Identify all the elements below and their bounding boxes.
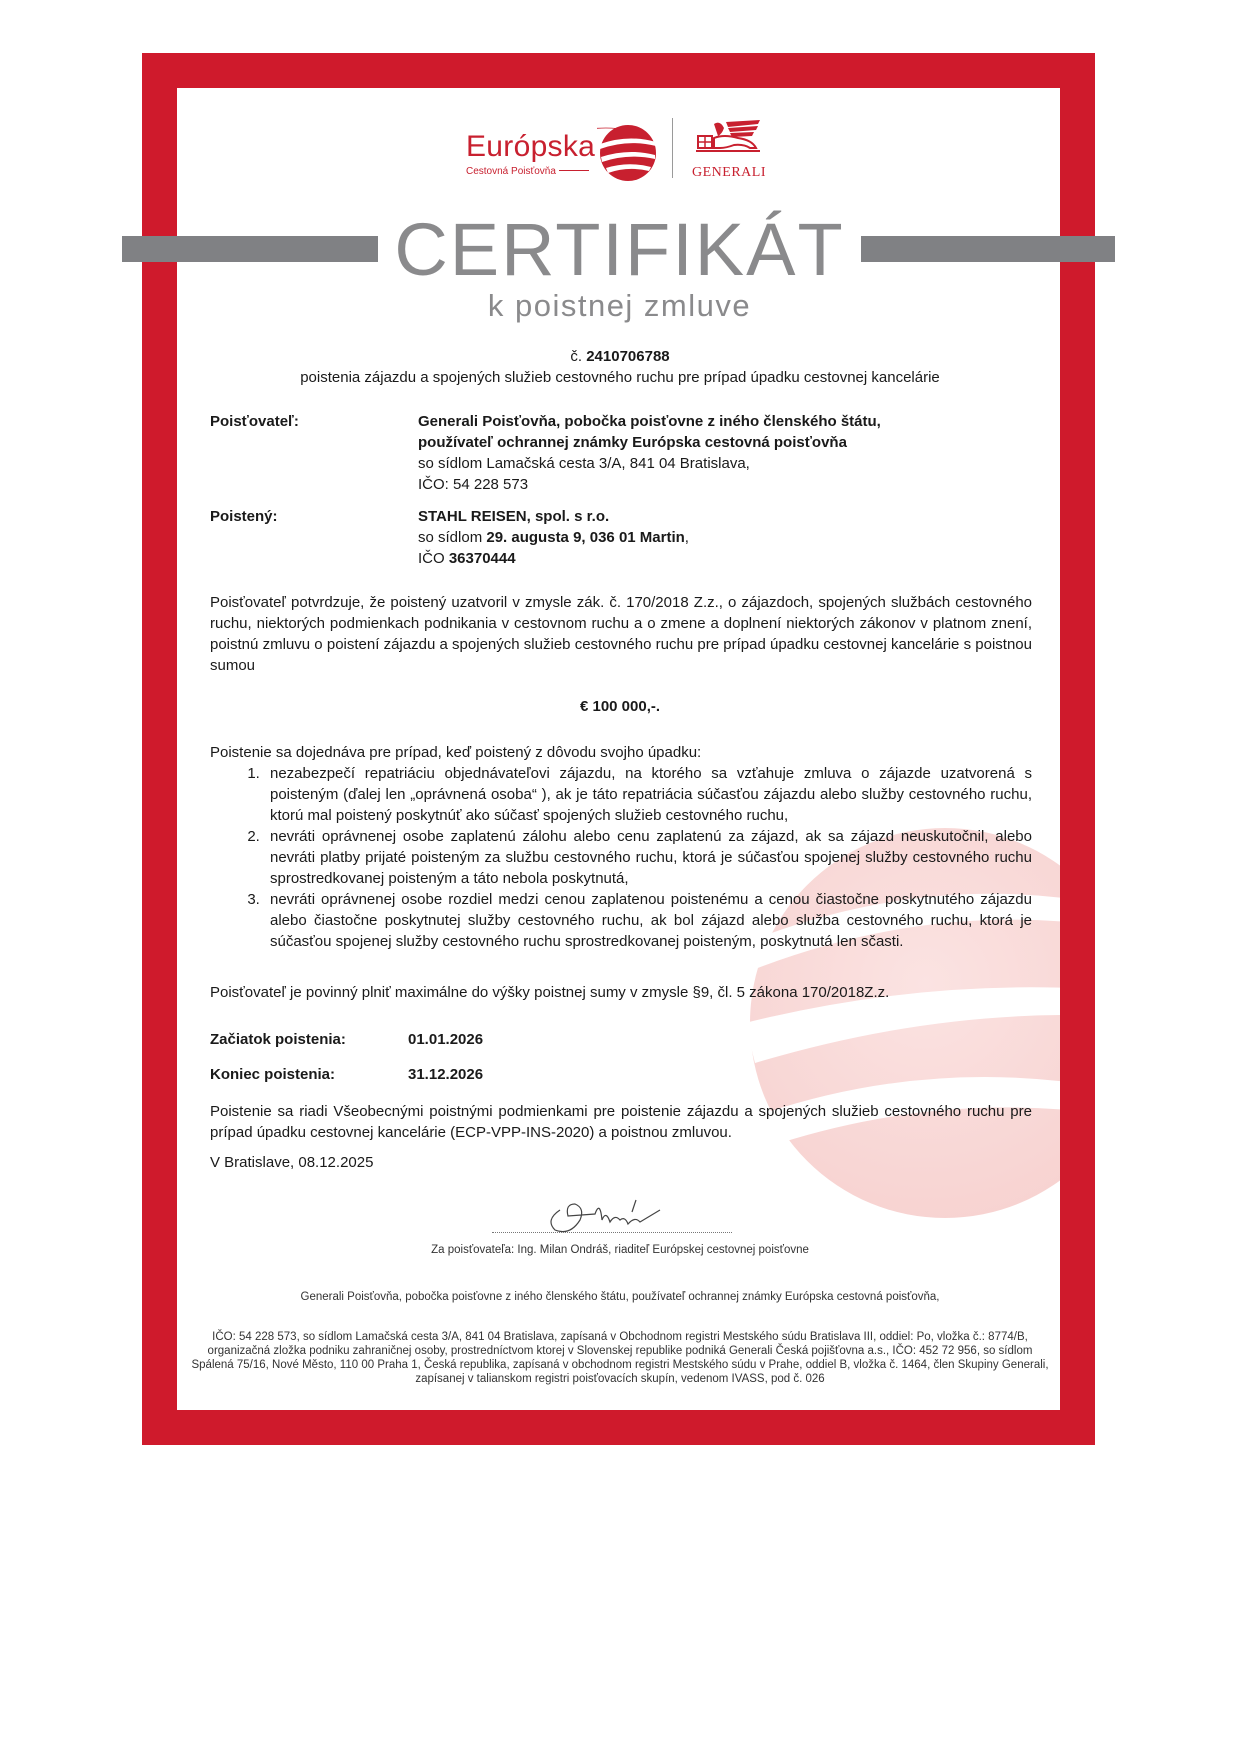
confirmation-text: Poisťovateľ potvrdzuje, že poistený uzat… bbox=[210, 592, 1032, 676]
page-subtitle: k poistnej zmluve bbox=[378, 288, 861, 324]
footer-company: Generali Poisťovňa, pobočka poisťovne z … bbox=[180, 1291, 1060, 1303]
limit-text: Poisťovateľ je povinný plniť maximálne d… bbox=[210, 982, 1032, 1003]
end-label: Koniec poistenia: bbox=[210, 1066, 335, 1083]
signature-caption: Za poisťovateľa: Ing. Milan Ondráš, riad… bbox=[300, 1244, 940, 1256]
end-date: 31.12.2026 bbox=[408, 1066, 483, 1083]
generali-logo: GENERALI bbox=[689, 118, 769, 181]
certificate-description: poistenia zájazdu a spojených služieb ce… bbox=[180, 369, 1060, 386]
cases-intro: Poistenie sa dojednáva pre prípad, keď p… bbox=[210, 742, 1032, 763]
logo-divider bbox=[672, 118, 673, 178]
insurer-address: so sídlom Lamačská cesta 3/A, 841 04 Bra… bbox=[418, 453, 1018, 474]
generali-logo-text: GENERALI bbox=[689, 165, 769, 181]
europska-logo-text: Európska bbox=[466, 130, 595, 164]
signature-line bbox=[492, 1232, 732, 1233]
insured-label: Poistený: bbox=[210, 506, 278, 527]
insured-name: STAHL REISEN, spol. s r.o. bbox=[418, 506, 1018, 527]
signature-icon bbox=[540, 1180, 700, 1240]
start-date-row: Začiatok poistenia: 01.01.2026 bbox=[210, 1031, 346, 1048]
title-bar-left bbox=[122, 236, 378, 262]
start-date: 01.01.2026 bbox=[408, 1031, 483, 1048]
insured-ico: IČO 36370444 bbox=[418, 548, 1018, 569]
europska-logo-tagline: Cestovná Poisťovňa bbox=[466, 166, 595, 177]
winged-lion-icon bbox=[694, 118, 764, 158]
end-date-row: Koniec poistenia: 31.12.2026 bbox=[210, 1066, 335, 1083]
footer-legal: IČO: 54 228 573, so sídlom Lamačská cest… bbox=[185, 1330, 1055, 1386]
cases-list: nezabezpečí repatriáciu objednávateľovi … bbox=[210, 763, 1032, 952]
certificate-number: č. 2410706788 bbox=[180, 348, 1060, 365]
terms-text: Poistenie sa riadi Všeobecnými poistnými… bbox=[210, 1101, 1032, 1143]
list-item: nezabezpečí repatriáciu objednávateľovi … bbox=[264, 763, 1032, 826]
insurer-ico: IČO: 54 228 573 bbox=[418, 474, 1018, 495]
start-label: Začiatok poistenia: bbox=[210, 1031, 346, 1048]
europska-logo: Európska Cestovná Poisťovňa bbox=[466, 122, 659, 184]
insurer-name-line1: Generali Poisťovňa, pobočka poisťovne z … bbox=[418, 411, 1018, 432]
insured-address: so sídlom 29. augusta 9, 036 01 Martin, bbox=[418, 527, 1018, 548]
title-bar-right bbox=[861, 236, 1115, 262]
insurer-name-line2: používateľ ochrannej známky Európska ces… bbox=[418, 432, 1018, 453]
insurer-label: Poisťovateľ: bbox=[210, 411, 299, 432]
list-item: nevráti oprávnenej osobe rozdiel medzi c… bbox=[264, 889, 1032, 952]
globe-icon bbox=[597, 122, 659, 184]
list-item: nevráti oprávnenej osobe zaplatenú záloh… bbox=[264, 826, 1032, 889]
insured-amount: € 100 000,-. bbox=[180, 698, 1060, 715]
page-title: CERTIFIKÁT bbox=[378, 210, 861, 290]
place-date: V Bratislave, 08.12.2025 bbox=[210, 1152, 1032, 1173]
